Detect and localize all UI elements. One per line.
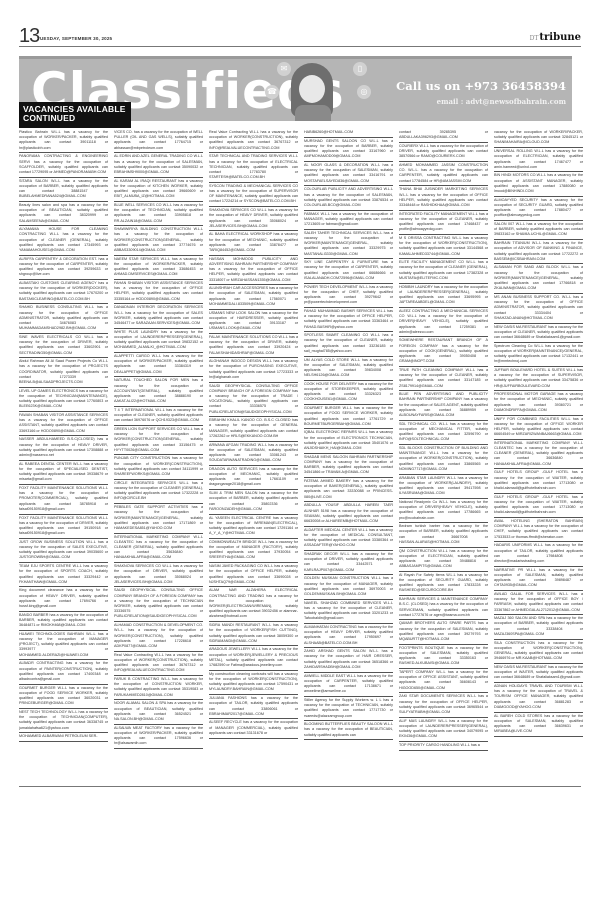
classified-listing: SHADAB MENS SALOON BAHRAIN PARTNERSHIP C… [304,454,393,478]
classified-listing: UM ALYAS COLD STORE W.L.L has a vacancy … [304,357,393,381]
classified-listing: Al Rayah For Safety Items W.L.L has a va… [399,572,488,596]
classified-listing: FATEMA AHMED BAKERY has a vacancy for th… [304,478,393,502]
classified-listing: FABMAX W.L.L has a vacancy for the occup… [304,211,393,230]
mascot-illustration [287,59,339,121]
classified-listing: GOURMET BURGER W.L.L has a vacancy for t… [304,405,393,429]
logo-mark-icon: DT [530,35,539,42]
classified-listing: My construction cleaning contracts will … [209,671,298,695]
classified-listing: NOOR ALAMAL SALON & SPA has a vacancy fo… [114,700,203,724]
classified-listing: MAZAJ 360 SALON AND SPA has a vacancy fo… [494,615,583,639]
classified-listing: TAPERT COMPANY W.L.L has a vacancy for t… [399,669,488,693]
classified-listing: Abdul Rahman Ali Al Saad Power Projects … [19,358,108,388]
classified-listing: ALAM NAR ALZAHERA ELECTRICAL CONTRACTING… [209,587,298,622]
classified-listing: T 4 T INTERNATIONAL W.L.L has a vacancy … [114,407,203,426]
classified-listing: PEBBLES GATE SUPPORT ACTIVITIES has a va… [114,504,203,534]
classified-listing: ALBADR CONTRACTING has a vacancy for the… [19,660,108,684]
classified-listing: BLUE PEN ADVERTISING AND PUBLICITY BAHRA… [399,391,488,421]
classified-listing: ALSAMAN FOR SAND AND BLOCK W.L.L has a v… [494,264,583,294]
classified-listing: MOHAMMED ALBARWANI PETROLEUM SER- [19,733,108,742]
classified-listing: BIN HINDI MOTORS CO.W.L.L has a vacancy … [494,172,583,196]
classified-listing: Real Value Contracting W.L.L has a vacan… [209,129,298,153]
classified-listing: AHMED MOHAMMED JASSIM CONSTRUCTION CO. W… [399,162,488,186]
classified-listing: COLOURLAB PUBLICITY AND ADVERTISING W.L.… [304,186,393,210]
classified-listing: SINE WAVES ELECTRICALS CO W.L.L has a va… [19,334,108,358]
classified-listing: COURIERX W.L.L has a vacancy for the occ… [399,143,488,162]
classified-listing: FAWAN SHABAN VISITOR ASSISTANCE SERVICES… [19,412,108,436]
classified-listing: NASSER ABDULHAMEED B.S.C(CLOSED) has a v… [19,436,108,460]
classified-listing: SDL BLOCKS CONSTRUCTION OF BUILDING AND … [399,445,488,475]
classified-listing: GREEN LION SUPPORT SERVICES CO W.L.L has… [114,426,203,456]
classified-listing: ALEEZ CONTRACTING & MECHANICAL SERVICES … [399,308,488,338]
classified-listing: UNIVERSAL ROLLING W.L.L has a vacancy fo… [494,148,583,172]
column-3: Real Value Contracting W.L.L has a vacan… [209,129,298,786]
classified-listing: NAVEEL SHAHZAD COMBINED SERVICES W.L.L h… [304,600,393,624]
classified-listing: SHAWWIRIYA BUILDING CONSTRUCTION W.L.L h… [114,226,203,256]
classified-listing: ALMOAYYED SECURITY has a vacancy for the… [494,197,583,221]
classified-listing: SIDRA MANDI RESTAURANT W.L.L has a vacan… [209,622,298,646]
classified-listing: ALMANHATAN CONTRACTING has a vacancy for… [304,624,393,648]
classified-listing: ALSALWA MEAT FACTORY has a vacancy for t… [114,725,203,749]
classified-listing: AWAL HOTELING (SHERATON BAHRAIN) COMPANY… [494,518,583,542]
classified-listing: FOXT FACILITY MAINTENANCE SOLUTIONS W.L.… [19,515,108,539]
classified-listing: FAHAN SHABAN VISITOR ASSISTANCE SERVICES… [114,280,203,304]
classified-listing: GOURMET BURGER W.L.L has a vacancy for t… [19,685,108,709]
classified-listing: WHITE PLUS LAUNDRY has a vacancy for the… [114,329,203,353]
classified-listing: HADARIS UNIFORMS W.L.L has a vacancy for… [494,542,583,566]
classified-listing: SDL TECHNICAL CO. W.L.L has a vacancy fo… [399,421,488,445]
tablet-icon: ▯ [353,62,367,76]
classified-listing: ZAKI STAR DOCUMENTS SERVICES W.L.L has a… [399,693,488,717]
classified-listing: THANA BHAI JUSINDER MARKETING SERVICES W… [399,186,488,210]
classified-listing: ZAHID ARSHAD GENTS SALON W.L.L has a vac… [304,648,393,672]
classified-listing: POWER TECH DEVELOPMENT W.L.L has a vacan… [304,284,393,308]
section-heading: VACANCIES AVAILABLE CONTINUED [19,102,131,128]
contact-phone: Call us on +973 36458394 [396,79,566,93]
classified-listing: NASIM JAVED PACKAGING CO W.L.L has a vac… [209,563,298,587]
classified-listing: HUAWEI TECHNOLOGIES BAHRAIN W.L.L has a … [19,631,108,661]
classified-listing: PROFESSIONAL MOTOR GARAGE has a vacancy … [494,391,583,415]
classified-listing: ALSEEF RECYCLE has a vacancy for the occ… [209,719,298,738]
classified-listing: INTEGRATED FACILITY MANAGEMENT W.L.L has… [399,211,488,235]
classified-listing: ADNAN HOLIDAYS TRAVEL AND TOURISM W.L.L … [494,683,583,713]
classified-listing: AL KARAM AL IRAQI RESTAURANT has a vacan… [114,178,203,202]
classified-listing: SHAHID BUSINESS CONSULTING W.L.L has a v… [19,304,108,334]
classified-listing: SPOTLESS SMART CLEANING CO W.L.L has a v… [304,332,393,356]
page-header: 13 TUESDAY, SEPTEMBER 30, 2025 DTtribune [19,26,581,47]
classified-listing: SILA CONSTRUCTION has a vacancy for the … [494,640,583,664]
classified-listing: FOXT FACILITY MAINTENANCE SOLUTIONS W.L.… [19,485,108,515]
phone-icon: ☎ [265,85,279,99]
classified-listing: FAHAD MUHAMMAD BASHIR SERVICES W.L.L has… [304,308,393,332]
classified-listing: NEW OASIS MA RESTAURANT has a vacancy fo… [494,664,583,683]
classified-listing: NATURAL TOUCHED SALON FOR MEN has a vaca… [114,377,203,407]
classified-listing: ALRIFFA CARPENTRY & DECORATION EST. has … [19,256,108,280]
bottom-rule [19,786,581,787]
classified-listing: GOLDEN MUSKAN CONSTRUCTION W.L.L has a v… [304,575,393,599]
classified-listing: DRAGON AUTO SERVICES has a vacancy for t… [209,466,298,490]
classified-listing: GULF HOTELS GROUP -GULF HOTEL has a vaca… [494,494,583,518]
classified-listing: VICES CO. has a vacancy for the occupati… [114,129,203,153]
classified-listing: National Readymix Co W.L.L has a vacancy… [399,499,488,523]
classified-listing: SLIM & TRIM MEN SALON has a vacancy for … [209,490,298,514]
newspaper-logo: DTtribune [530,32,581,43]
classified-listing: Bedram turkish barber has a vacancy for … [399,523,488,547]
classified-listing: SALON 007 W.L.L has a vacancy for the oc… [494,221,583,240]
classified-listing: ALAPPETTI CARGO W.L.L has a vacancy for … [114,353,203,377]
classified-listing: ALBASTAKI CUSTOMS CLEARING AGENCY has a … [19,280,108,304]
classified-listing: ALYAMAMA HOUSE FOR CLEANING CONTRACTING … [19,226,108,256]
classified-listing: SOMEWHERE RESTAURANT BRANCH OF A FOREIGN… [399,337,488,367]
classified-columns: Plastico Bahrain W.L.L has a vacancy for… [19,129,581,786]
classified-listing: CIRCLE INTEGRATED SERVICES W.L.L has a v… [114,480,203,504]
column-6: vacancy for the occupation of WORKER/PAC… [494,129,583,786]
classified-listing: ALHAMAD CONSTRUCTION & DEVELOPMENT CO. W… [114,622,203,652]
classified-listing: ALUNSHRAH CAR ACCESSORIES has a vacancy … [209,285,298,309]
classified-listing: NEST TECH TECHNOLOGY W.L.L has a vacancy… [19,709,108,733]
classified-listing: TOP PRIORITY CARGO HANDLING W.L.L has a [399,742,488,751]
classified-listing: AL EDRIN AND AZEL GENERAL TRADING CO W.L… [114,153,203,177]
classified-listing: ARADOUS JEWELLERY W.L.L has a vacancy fo… [209,646,298,670]
classified-listing: BANDO BARBER has a vacancy for the occup… [19,612,108,631]
classified-listing: SALEH TAHER TECHNICAL SERVICES W.L.L has… [304,230,393,260]
classified-listing: AWLAD GALAL FOR SERVICES W.L.L has a vac… [494,591,583,615]
classified-listing: AL BAHA ELECTRICAL WORKSHOP has a vacanc… [209,231,298,255]
classified-listing: DANADNAN INTERIOR DECORATION SERVICES W.… [114,304,203,328]
classified-listing: ARABIAN STAR LAUNDRY W.L.L has a vacancy… [399,475,488,499]
classified-listing: vacancy for the occupation of WORKER/PAC… [494,129,583,148]
classified-listing: ALIF MAS LAUNDRY W.L.L has a vacancy for… [399,718,488,742]
classified-listing: AL BAREH COLD STORES has a vacancy for t… [494,713,583,737]
column-5: contact 39285395 or ABDULLAKA396293@GMAI… [399,129,488,786]
column-1: Plastico Bahrain W.L.L has a vacancy for… [19,129,108,786]
classified-listing: COOK HOUSE FOR DELIVERY has a vacancy fo… [304,381,393,405]
publication-date: TUESDAY, SEPTEMBER 30, 2025 [37,36,112,41]
classified-listing: PUNJAB CITY CONSTRUCTION has a vacancy f… [114,455,203,479]
classified-listing: QAMAR BROTHERS AUTO SPARE PARTS has a va… [399,620,488,644]
classified-listing: GULF HOTELS GROUP -GULF HOTEL has a vaca… [494,469,583,493]
classified-listing: HASSAN MOHMOOD PUBLICITY AND ADVERTISING… [209,256,298,286]
classified-listing: IQBAL ELECTRONIC REPAIRS W.L.L has a vac… [304,429,393,453]
classified-listing: King document clearance has a vacancy fo… [19,587,108,611]
classified-listing: EBRAHIM KHALIL KANOO CO. B.S.C CLOSED ha… [209,417,298,441]
classified-listing: USMANS NEW LOOK SALON has a vacancy for … [209,310,298,334]
globe-icon: ◎ [357,85,371,99]
classified-listing: HOBIBIH LAUNDRY has a vacancy for the oc… [399,284,488,308]
classified-listing: SHAKNOVA SERVICES CO W.L.L has a vacancy… [114,563,203,587]
classified-listing: PANORAMA CONTRACTING & ENGINEERING SERVI… [19,153,108,177]
classified-listing: FOOTPRINTS BOUTIQUE has a vacancy for th… [399,645,488,669]
classified-listing: MURSHAD GENTS SALOON CO W.L.L has a vaca… [304,138,393,162]
classified-listing: SAUDI GEOPHYSICAL CONSULTING OFFICE COMP… [209,383,298,418]
classified-listing: SITARA SALON W.L.L has a vacancy for the… [19,178,108,202]
classified-listing: MS ANAN BUSINESS SUPPORT CO. W.L.L has a… [494,294,583,324]
classified-listing: SYSCON TRADING & MECHANICAL SERVICES CO … [209,183,298,207]
classified-listing: COMMONWEALTH BRIDGE W.L.L has a vacancy … [209,539,298,563]
classified-listing: AL YASEEN ELECTRICAL CENTRE has a vacanc… [209,515,298,539]
classified-listing: Plastico Bahrain W.L.L has a vacancy for… [19,129,108,153]
classified-listing: ALDAFTER MEDICAL CENTER W.L.L has a vaca… [304,527,393,551]
classified-listing: Beauty lines salon and spa has a vacancy… [19,202,108,226]
classified-listing: JUFFAIR BOULEVARD HOTEL & SUITES W.L.L h… [494,367,583,391]
classified-listing: INTERNATIONAL MARKETING COMPANY W.L.L CL… [114,534,203,564]
classified-listing: Real Value Contracting W.L.L has a vacan… [114,652,203,676]
classified-listing: STAR TECHNICAL AND TRADING SERVICES W.L.… [209,153,298,183]
classified-listing: SAUDI GEOPHYSICAL CONSULTING OFFICE COMP… [114,587,203,622]
classified-listing: contact 39285395 or ABDULLAKA396293@GMAI… [399,129,488,143]
classified-listing: Stiller Agency for the Supply Workers w.… [304,697,393,721]
classified-listing: AL NOOR GLASS & DECORATION W.L.L has a v… [304,162,393,186]
classified-listing: JULIANA FASHIONS has a vacancy for the o… [209,695,298,719]
classified-listing: ARWANA AFGAN TRADING W.L.L has a vacancy… [209,442,298,466]
column-4: HABIB6260@HOTMAIL.COMMURSHAD GENTS SALOO… [304,129,393,786]
classified-listing: FARUK B CONTRACTING W.L.L has a vacancy … [114,676,203,700]
classified-listing: BLUE WELL SERVICES CO W.L.L has a vacanc… [114,202,203,226]
classified-listing: AMWELL MIDDLE EAST W.L.L has a vacancy f… [304,673,393,697]
classified-listing: AL RABEEA DENTAL CENTER W.L.L has a vaca… [19,461,108,485]
column-2: VICES CO. has a vacancy for the occupati… [114,129,203,786]
contact-email: email : advt@newsofbahrain.com [437,97,566,106]
classified-listing: SHAKNOVA SERVICES CO W.L.L has a vacancy… [209,207,298,231]
classified-listing: BAHRAIN TITANIUM W.L.L has a vacancy for… [494,240,583,264]
classified-listing: TEAM EJU SPORTS CENTRE W.L.L has a vacan… [19,563,108,587]
logo-text: tribune [539,32,581,43]
classified-listing: NARRATIVE PR W.L.L has a vacancy for the… [494,567,583,591]
classified-listing: UNIFY FOR COMBINED FACILITIES W.L.L has … [494,416,583,440]
classified-listing: ALGHANAH INDOCO DESIGN W.L.L has a vacan… [209,358,298,382]
classified-listing: ABDULLA YOUSIF ABDULLA HAREBI TAER ALNHA… [304,502,393,526]
classified-listing: BAHRAIN SERVICES & MAINTENANCE COMPANY B… [399,596,488,620]
classified-listing: ELITE FACILITY MANAGEMENT CO W.L.L has a… [399,259,488,283]
classified-listing: BLOOMING BUTTERFLIES BEAUTY SALOON W.L.L… [304,721,393,740]
classified-listing: HABIB6260@HOTMAIL.COM [304,129,393,138]
classified-listing: Spectrum Cleaning Co W.L.L has a vacancy… [494,343,583,367]
classified-listing: FALAK MAINTENANCE SOLUTIONS CO W.L.L has… [209,334,298,358]
classified-listing: M S ORISSA CONTRACTING W.L.L has a vacan… [399,235,488,259]
classified-listing: QM CONSTRUCTION W.L.L has a vacancy for … [399,548,488,572]
classified-listing: TRUE PATH CLEANING COMPANY W.L.L has a v… [399,367,488,391]
classified-listing: JUST GROW BUSINESS SOLUTION W.L.L has a … [19,539,108,563]
classified-listing: NAEEM STAR SERVICES W.L.L has a vacancy … [114,256,203,280]
classified-listing: LEVEL UP GAMES ELECTRONICS has a vacancy… [19,388,108,412]
classified-listing: INTERNATIONAL MARKETING COMPANY W.L.L CL… [494,440,583,470]
classified-listing: SHADRAK DECOR W.L.L has a vacancy for th… [304,551,393,575]
classified-listing: NEW OASIS MA RESTAURANT has a vacancy fo… [494,324,583,343]
classified-listing: SKY LINE CARPENTRY & FURNITURE has a vac… [304,259,393,283]
